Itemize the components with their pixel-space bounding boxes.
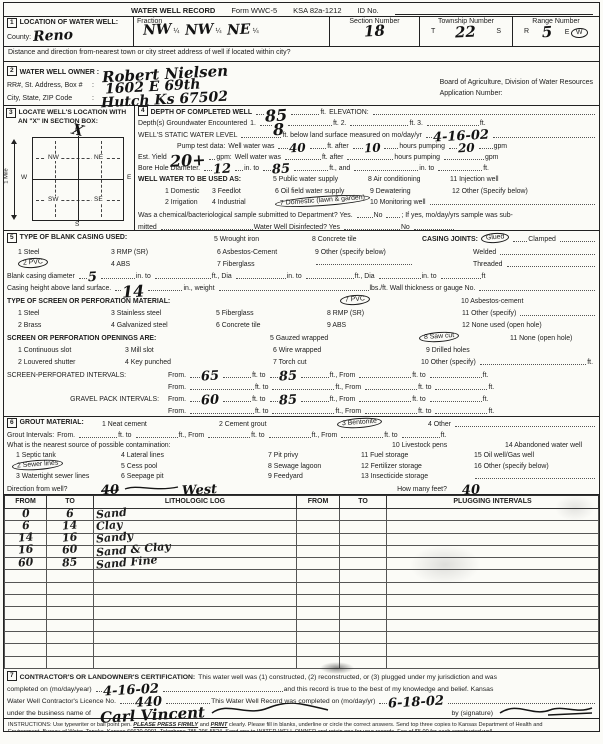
table-row [5,595,599,607]
dotted-blank [438,165,482,171]
dotted-blank [163,686,283,692]
handwritten-entry: Sandy [96,534,133,542]
dotted-blank [190,396,200,402]
joints-threaded: Threaded [473,261,503,268]
to-cell [47,582,94,594]
township-value: 22 [455,28,476,36]
opening-3: 3 Mill slot [125,347,270,354]
use-row-1: WELL WATER TO BE USED AS:5 Public water … [135,173,599,184]
contamination-14: 14 Abandoned water well [505,442,582,449]
dotted-blank [353,143,363,149]
elevation-label: ELEVATION: [329,109,369,116]
section-2-owner: 2WATER WELL OWNER :Robert Nielsen RR#, S… [4,62,599,106]
casing-option-5: 5 Wrought iron [214,236,309,243]
contamination-12: 12 Fertilizer storage [361,463,471,470]
county-label: County: [7,34,31,41]
dotted-blank [435,384,487,390]
city-state-zip-value: Hutch Ks 67502 [101,94,228,107]
casing-option-4: 4 ABS [111,261,214,268]
grout-title: GROUT MATERIAL: [20,419,84,426]
section-number-value: 18 [364,27,385,34]
screen-interval-from-value: 65 [201,373,219,380]
casing-row-1: 5TYPE OF BLANK CASING USED:5 Wrought iro… [4,232,599,244]
plugging-cell [340,558,387,570]
casing-joints-label: CASING JOINTS: [422,236,478,243]
casing-title: TYPE OF BLANK CASING USED: [20,234,128,241]
contamination-7: 7 Pit privy [268,452,358,459]
dotted-blank [263,165,271,171]
section-3-title-line2: AN "X" IN SECTION BOX: [6,118,132,125]
agency-name: Board of Agriculture, Division of Water … [440,77,593,88]
use-row-2: 1 Domestic3 Feedlot6 Oil field water sup… [135,184,599,195]
section-1-title: LOCATION OF WATER WELL: [20,19,119,26]
use-option-3: 3 Feedlot [212,188,272,195]
section-box-diagram: 1 Mile NW NE SW SE N S W E X [6,127,132,227]
dotted-blank [354,165,418,171]
casing-diameter-line: Blank casing diameter5in. toft., Diain. … [4,269,599,281]
dotted-blank [190,384,254,390]
dotted-blank [426,132,432,138]
grout-option-1: 1 Neat cement [102,421,216,428]
casing-height-label: Casing height above land surface. [7,285,111,292]
use-option-9: 9 Dewatering [370,188,449,195]
screen-material-row-3: 2 Brass4 Galvanized steel6 Concrete tile… [4,318,599,330]
dotted-blank [341,432,383,438]
plugging-cell [297,545,340,557]
grout-intervals-label: Grout Intervals: [7,432,54,439]
fraction-1-value: NW [143,26,172,33]
application-number-label: Application Number: [440,88,593,99]
use-option-1: 1 Domestic [165,188,209,195]
handwritten-entry: 60 [62,547,78,553]
from-cell [5,582,47,594]
spi-row-2: From.ft. toft., Fromft. toft. [4,380,599,392]
business-name-scribble [210,703,330,717]
measured-date-value: 4-16-02 [433,132,489,141]
handwritten-entry: 6 [66,510,74,516]
handwritten-entry: Sand & Clay [96,544,171,556]
dotted-blank [291,109,319,115]
grout-option-4: 4 Other [428,421,451,428]
contamination-4: 4 Lateral lines [121,452,265,459]
contamination-6: 6 Seepage pit [121,473,265,480]
dotted-blank [427,120,479,126]
contamination-5: 5 Cess pool [121,463,265,470]
dotted-blank [208,432,250,438]
to-cell [47,619,94,631]
contamination-row-1: What is the nearest source of possible c… [4,440,599,450]
screen-material-7-circled: 7 PVC [340,294,371,306]
record-date-value: 6-18-02 [388,698,444,707]
plugging-cell [340,533,387,545]
pump-hours-value: 10 [363,144,380,151]
form-statute: KSA 82a-1212 [293,6,341,15]
to-cell [47,644,94,656]
distance-direction-label: Distance and direction from-nearest town… [8,49,290,56]
dotted-blank [402,432,440,438]
table-row [5,619,599,631]
plugging-cell [340,595,387,607]
dotted-blank [223,372,251,378]
dotted-blank [136,432,178,438]
direction-value: West [181,487,216,495]
handwritten-entry: 14 [18,535,34,541]
dotted-blank [560,236,595,242]
plugging-cell [387,545,599,557]
bore-diameter-value: 12 [213,167,231,174]
dotted-blank [357,212,373,218]
screen-material-4: 4 Galvanized steel [111,322,213,329]
plugging-cell [340,545,387,557]
grout-option-2: 2 Cement grout [219,421,334,428]
use-option-8: 8 Air conditioning [368,176,447,183]
pump-gpm-value: 20 [458,144,475,151]
contamination-row-3: 2 Sewer lines5 Cess pool8 Sewage lagoon1… [4,460,599,470]
to-cell [47,595,94,607]
casing-row-2: 1 Steel3 RMP (SR)6 Asbestos-Cement9 Othe… [4,244,599,256]
se-quadrant-label: SE [92,196,105,203]
from-cell [5,631,47,643]
plugging-cell [297,521,340,533]
depth-completed-line: 4DEPTH OF COMPLETED WELL85ft.ELEVATION: [135,106,599,117]
handwritten-entry: 16 [18,547,34,553]
dotted-blank [219,285,369,291]
screen-material-12: 12 None used (open hole) [462,322,542,329]
dotted-blank [270,396,278,402]
dotted-blank [120,698,134,704]
table-row [5,631,599,643]
from-cell [5,595,47,607]
dotted-blank [365,384,417,390]
table-row [5,582,599,594]
form-header: WATER WELL RECORD Form WWC-5 KSA 82a-121… [4,3,599,16]
plugging-cell [297,533,340,545]
contamination-16: 16 Other (specify below) [474,463,549,470]
scanned-form-page: WATER WELL RECORD Form WWC-5 KSA 82a-121… [0,0,603,744]
lithology-cell [94,595,297,607]
feet-value: 40 [462,487,480,494]
dotted-blank [379,273,421,279]
dotted-blank [79,432,117,438]
dotted-blank [430,372,482,378]
contamination-row-4: 3 Watertight sewer lines6 Seepage pit9 F… [4,471,599,481]
section-7-certification: 7CONTRACTOR'S OR LANDOWNER'S CERTIFICATI… [4,669,599,719]
from-header-right: FROM [297,495,340,508]
plugging-cell [297,508,340,520]
joints-glued-circled: Glued [481,232,510,244]
joints-welded: Welded [473,249,496,256]
dotted-blank [269,432,311,438]
from-cell [5,619,47,631]
from-cell: 60 [5,558,47,570]
dotted-blank [414,224,454,230]
sw-quadrant-label: SW [46,196,60,203]
to-cell [47,607,94,619]
plugging-cell [340,631,387,643]
sample-line: Was a chemical/bacteriological sample su… [135,207,599,220]
from-cell [5,644,47,656]
county-cell: 1LOCATION OF WATER WELL: County: Reno [4,17,134,46]
plugging-cell [387,656,599,668]
direction-line: Direction from well?40WestHow many feet?… [4,481,599,494]
gravel-interval-to-value: 85 [278,398,296,405]
disinfected-question: Water Well Disinfected? Yes [254,224,340,230]
plugging-cell [387,631,599,643]
table-row: 1416Sandy [5,533,599,545]
contamination-13: 13 Insecticide storage [361,473,471,480]
plugging-cell [340,619,387,631]
plugging-cell [340,656,387,668]
from-cell [5,656,47,668]
contamination-3: 3 Watertight sewer lines [16,473,118,480]
casing-height-value: 14 [122,288,145,296]
plugging-cell [297,644,340,656]
joints-clamped: Clamped [528,236,556,243]
owner-title: WATER WELL OWNER : [20,69,99,76]
dotted-blank [79,273,87,279]
dotted-blank [236,273,286,279]
dotted-blank [190,372,200,378]
casing-option-1: 1 Steel [18,249,108,256]
table-row [5,656,599,668]
center-horizontal-line [32,179,124,180]
litho-table-body: 06Sand614Clay1416Sandy1660Sand & Clay608… [5,508,599,668]
bore-depth-value: 85 [272,167,290,174]
dotted-blank [480,359,586,365]
handwritten-entry: 14 [62,522,78,528]
plugging-cell [387,570,599,582]
range-west-circled: W [571,27,588,38]
use-option-6: 6 Oil field water supply [275,188,367,195]
dotted-blank [441,273,481,279]
dotted-blank [310,143,326,149]
dotted-blank [278,143,288,149]
lithology-cell [94,644,297,656]
plugging-cell [297,582,340,594]
plugging-cell [340,607,387,619]
gravel-row-1: GRAVEL PACK INTERVALS:From.60ft. to85ft.… [4,392,599,404]
screen-material-10: 10 Asbestos-cement [461,298,523,305]
plugging-cell [387,607,599,619]
plugging-cell [297,619,340,631]
screen-interval-to-value: 85 [278,373,296,380]
dotted-blank [256,109,264,115]
handwritten-entry: 6 [21,523,29,529]
plugging-cell [387,595,599,607]
dotted-blank [430,199,595,205]
grout-material-line: 6GROUT MATERIAL:1 Neat cement2 Cement gr… [4,417,599,429]
east-label: E [127,174,131,181]
distance-direction-row: Distance and direction from-nearest town… [4,47,599,62]
county-value: Reno [33,32,73,40]
direction-crossed-out-value: 40 [100,487,118,494]
contamination-15: 15 Oil well/Gas well [474,452,534,459]
use-option-5: 5 Public water supply [273,176,365,183]
opening-10: 10 Other (specify) [421,359,476,366]
screen-intervals-label: SCREEN-PERFORATED INTERVALS: [7,372,165,379]
table-row [5,607,599,619]
handwritten-entry: 60 [18,559,34,565]
plugging-cell [340,570,387,582]
screen-material-3: 3 Stainless steel [111,310,213,317]
table-row: 614Clay [5,521,599,533]
to-header-right: TO [340,495,387,508]
depth-value: 85 [265,112,288,120]
casing-option-8: 8 Concrete tile [312,236,419,243]
casing-option-7: 7 Fiberglass [217,261,312,268]
mile-scale-line [14,141,15,215]
range-label: Range Number [516,18,596,25]
contamination-9: 9 Feedyard [268,473,358,480]
direction-label: Direction from well? [7,486,68,493]
dotted-blank [161,224,253,230]
dotted-blank [350,120,408,126]
fraction-cell: Fraction NW ¼ NW ¼ NE ¼ [134,17,330,46]
contamination-2-circled: 2 Sewer lines [12,458,64,472]
section-5-casing: 5TYPE OF BLANK CASING USED:5 Wrought iro… [4,231,599,417]
handwritten-entry: Clay [96,522,123,529]
contamination-question: What is the nearest source of possible c… [7,442,389,449]
plugging-cell [387,644,599,656]
openings-row-1: SCREEN OR PERFORATION OPENINGS ARE:5 Gau… [4,330,599,342]
lithology-cell [94,607,297,619]
dotted-blank [272,384,334,390]
openings-row-2: 1 Continuous slot3 Mill slot6 Wire wrapp… [4,343,599,355]
well-location-x-mark: X [71,126,84,135]
from-cell [5,607,47,619]
opening-1: 1 Continuous slot [18,347,122,354]
certification-line-4: under the business name ofCarl Vincentby… [4,706,599,718]
openings-title: SCREEN OR PERFORATION OPENINGS ARE: [7,335,267,342]
table-row: 6085Sand Fine [5,558,599,570]
plugging-cell [340,644,387,656]
mile-arrow-down [11,215,17,223]
handwritten-entry: Sand Fine [96,557,158,567]
to-cell: 85 [47,558,94,570]
casing-diameter-value: 5 [88,275,97,281]
dotted-blank [209,154,215,160]
dotted-blank [479,143,493,149]
lithology-cell [94,619,297,631]
dotted-blank [493,132,595,138]
to-cell [47,656,94,668]
opening-8-circled: 8 Saw cut [419,330,460,343]
city-state-zip-label: City, State, ZIP Code [7,95,89,102]
dotted-blank [306,273,354,279]
screen-material-row-1: TYPE OF SCREEN OR PERFORATION MATERIAL:7… [4,293,599,305]
form-number: Form WWC-5 [231,6,277,15]
lithology-cell: Sand [94,508,297,520]
grout-option-3-circled: 3 Bentonite [337,417,382,430]
opening-6: 6 Wire wrapped [273,347,423,354]
screen-material-8: 8 RMP (SR) [327,310,459,317]
dotted-blank [272,408,334,414]
dotted-blank [435,408,487,414]
use-option-11: 11 Injection well [450,176,499,183]
screen-material-11: 11 Other (specify) [462,310,516,317]
opening-7: 7 Torch cut [273,359,418,366]
range-cell: Range Number R5E W [513,17,599,46]
screen-material-9: 9 ABS [327,322,459,329]
instructions-footer: INSTRUCTIONS: Use typewriter or ball poi… [4,719,599,732]
contamination-11: 11 Fuel storage [361,452,471,459]
range-value: 5 [541,29,552,40]
dotted-blank [223,396,251,402]
disinfected-line: mittedWater Well Disinfected? YesNo [135,220,599,230]
instructions-line-2: Environment, Bureau of Water, Topeka, Ka… [8,729,595,732]
dotted-blank [455,421,595,427]
screen-material-2: 2 Brass [18,322,108,329]
dotted-blank [344,224,400,230]
plugging-cell [387,508,599,520]
dotted-blank [359,372,411,378]
use-row-3: 2 Irrigation4 Industrial7 Domestic (lawn… [135,196,599,207]
dotted-blank [359,396,411,402]
sample-question: Was a chemical/bacteriological sample su… [138,212,353,219]
mile-scale-label: 1 Mile [4,168,10,183]
groundwater-label: Depth(s) Groundwater Encountered [138,120,247,127]
dotted-blank [507,261,596,267]
opening-5: 5 Gauzed wrapped [270,335,416,342]
plugging-cell [297,558,340,570]
dotted-blank [301,396,329,402]
plugging-cell [387,619,599,631]
yield-label: Est. Yield [138,154,167,161]
certification-line-1: 7CONTRACTOR'S OR LANDOWNER'S CERTIFICATI… [4,670,599,682]
casing-row-3: 2 PVC4 ABS7 FiberglassThreaded [4,257,599,269]
yield-value: 20+ [170,156,206,165]
fraction-3-value: NE [227,26,251,33]
dotted-blank [301,372,329,378]
plugging-cell [297,570,340,582]
dotted-blank [235,165,243,171]
how-many-feet-label: How many feet? [397,486,447,493]
opening-2: 2 Louvered shutter [18,359,122,366]
water-well-record-form: WATER WELL RECORD Form WWC-5 KSA 82a-121… [3,2,600,732]
grout-intervals-line: Grout Intervals:From.ft. toft., Fromft. … [4,429,599,439]
depth-label: DEPTH OF COMPLETED WELL [151,109,252,116]
dotted-blank [288,120,332,126]
address-label: RR#, St. Address, Box # [7,82,89,89]
static-level-line: WELL'S STATIC WATER LEVELft. below land … [135,128,599,139]
dotted-blank [386,212,400,218]
dotted-blank [148,285,182,291]
dotted-blank [479,285,595,291]
use-title: WELL WATER TO BE USED AS: [138,176,270,183]
fraction-2-value: NW [185,26,214,33]
plugging-cell [387,521,599,533]
certification-line-2: completed on (mo/day/year)4-16-02and thi… [4,682,599,694]
dotted-blank [373,109,595,115]
plugging-cell [387,582,599,594]
dotted-blank [430,396,482,402]
township-cell: Township Number T22S [420,17,513,46]
instructions-line-1: INSTRUCTIONS: Use typewriter or ball poi… [8,722,595,730]
dotted-blank [96,686,102,692]
dotted-blank [294,165,328,171]
mile-arrow-up [11,136,17,144]
id-number-blank [395,7,593,15]
plugging-cell [340,521,387,533]
table-row: 06Sand [5,508,599,520]
west-label: W [21,174,27,181]
plugging-intervals-header: PLUGGING INTERVALS [387,495,599,508]
certification-title: CONTRACTOR'S OR LANDOWNER'S CERTIFICATIO… [20,674,196,681]
screen-material-1: 1 Steel [18,310,108,317]
dotted-blank [365,408,417,414]
table-header-row: FROM TO LITHOLOGIC LOG FROM TO PLUGGING … [5,495,599,508]
id-number-label: ID No. [358,6,379,15]
